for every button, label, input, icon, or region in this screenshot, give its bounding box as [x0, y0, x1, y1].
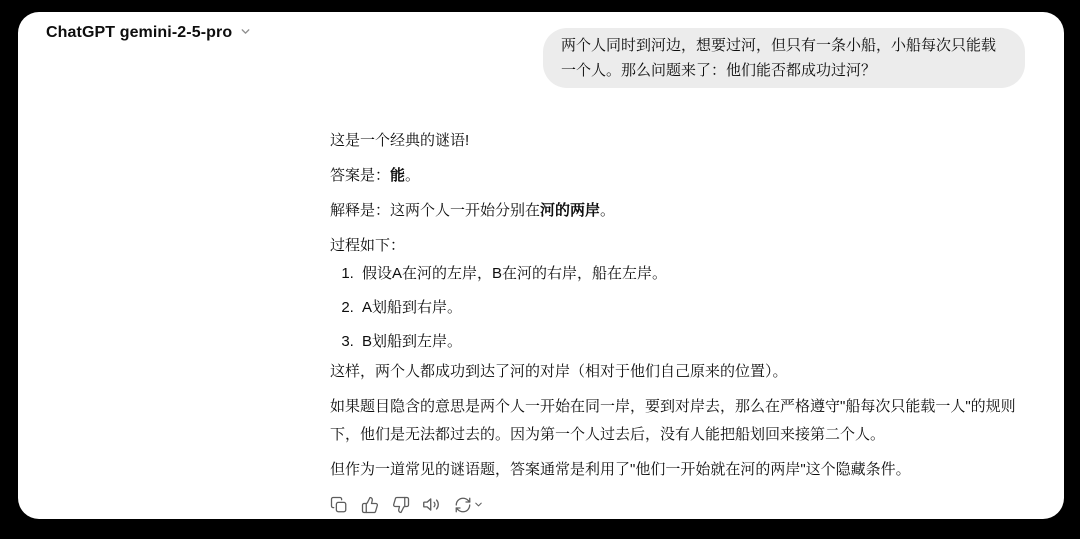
list-item-step-3: B划船到左岸。: [358, 328, 1020, 356]
thumbs-up-icon: [361, 496, 379, 514]
assistant-paragraph-process-label: 过程如下：: [330, 232, 1020, 260]
regenerate-button[interactable]: [449, 491, 489, 518]
explanation-suffix: 。: [600, 202, 615, 219]
explanation-prefix: 解释是：这两个人一开始分别在: [330, 202, 540, 219]
explanation-bold: 河的两岸: [540, 202, 600, 219]
user-message-bubble: 两个人同时到河边，想要过河，但只有一条小船，小船每次只能载一个人。那么问题来了：…: [543, 28, 1025, 88]
assistant-paragraph-answer: 答案是：能。: [330, 162, 1020, 190]
answer-bold: 能: [390, 167, 405, 184]
user-message-row: 两个人同时到河边，想要过河，但只有一条小船，小船每次只能载一个人。那么问题来了：…: [543, 28, 1025, 88]
steps-list: 假设A在河的左岸，B在河的右岸，船在左岸。 A划船到右岸。 B划船到左岸。: [330, 260, 1020, 356]
chatgpt-window: ChatGPT gemini-2-5-pro 两个人同时到河边，想要过河，但只有…: [18, 12, 1064, 519]
thumbs-down-button[interactable]: [387, 491, 414, 518]
read-aloud-button[interactable]: [418, 491, 445, 518]
model-selector-label: ChatGPT gemini-2-5-pro: [46, 24, 232, 42]
model-selector[interactable]: ChatGPT gemini-2-5-pro: [44, 20, 254, 46]
copy-icon: [330, 496, 348, 514]
assistant-paragraph-result: 这样，两个人都成功到达了河的对岸（相对于他们自己原来的位置）。: [330, 358, 1020, 386]
thumbs-up-button[interactable]: [356, 491, 383, 518]
assistant-paragraph-intro: 这是一个经典的谜语!: [330, 127, 1020, 155]
list-item-step-1: 假设A在河的左岸，B在河的右岸，船在左岸。: [358, 260, 1020, 288]
list-item-step-2: A划船到右岸。: [358, 294, 1020, 322]
user-message-text: 两个人同时到河边，想要过河，但只有一条小船，小船每次只能载一个人。那么问题来了：…: [561, 37, 996, 79]
assistant-paragraph-explanation: 解释是：这两个人一开始分别在河的两岸。: [330, 197, 1020, 225]
answer-prefix: 答案是：: [330, 167, 390, 184]
regenerate-icon: [454, 496, 472, 514]
speaker-icon: [422, 495, 441, 514]
assistant-paragraph-conclusion: 但作为一道常见的谜语题，答案通常是利用了"他们一开始就在河的两岸"这个隐藏条件。: [330, 456, 1020, 484]
copy-button[interactable]: [325, 491, 352, 518]
answer-suffix: 。: [405, 167, 420, 184]
message-actions: [325, 491, 1020, 518]
assistant-paragraph-caveat: 如果题目隐含的意思是两个人一开始在同一岸，要到对岸去，那么在严格遵守"船每次只能…: [330, 393, 1020, 449]
chevron-down-icon: [473, 499, 484, 510]
chevron-down-icon: [239, 25, 252, 41]
thumbs-down-icon: [392, 496, 410, 514]
assistant-message: 这是一个经典的谜语! 答案是：能。 解释是：这两个人一开始分别在河的两岸。 过程…: [330, 127, 1020, 518]
